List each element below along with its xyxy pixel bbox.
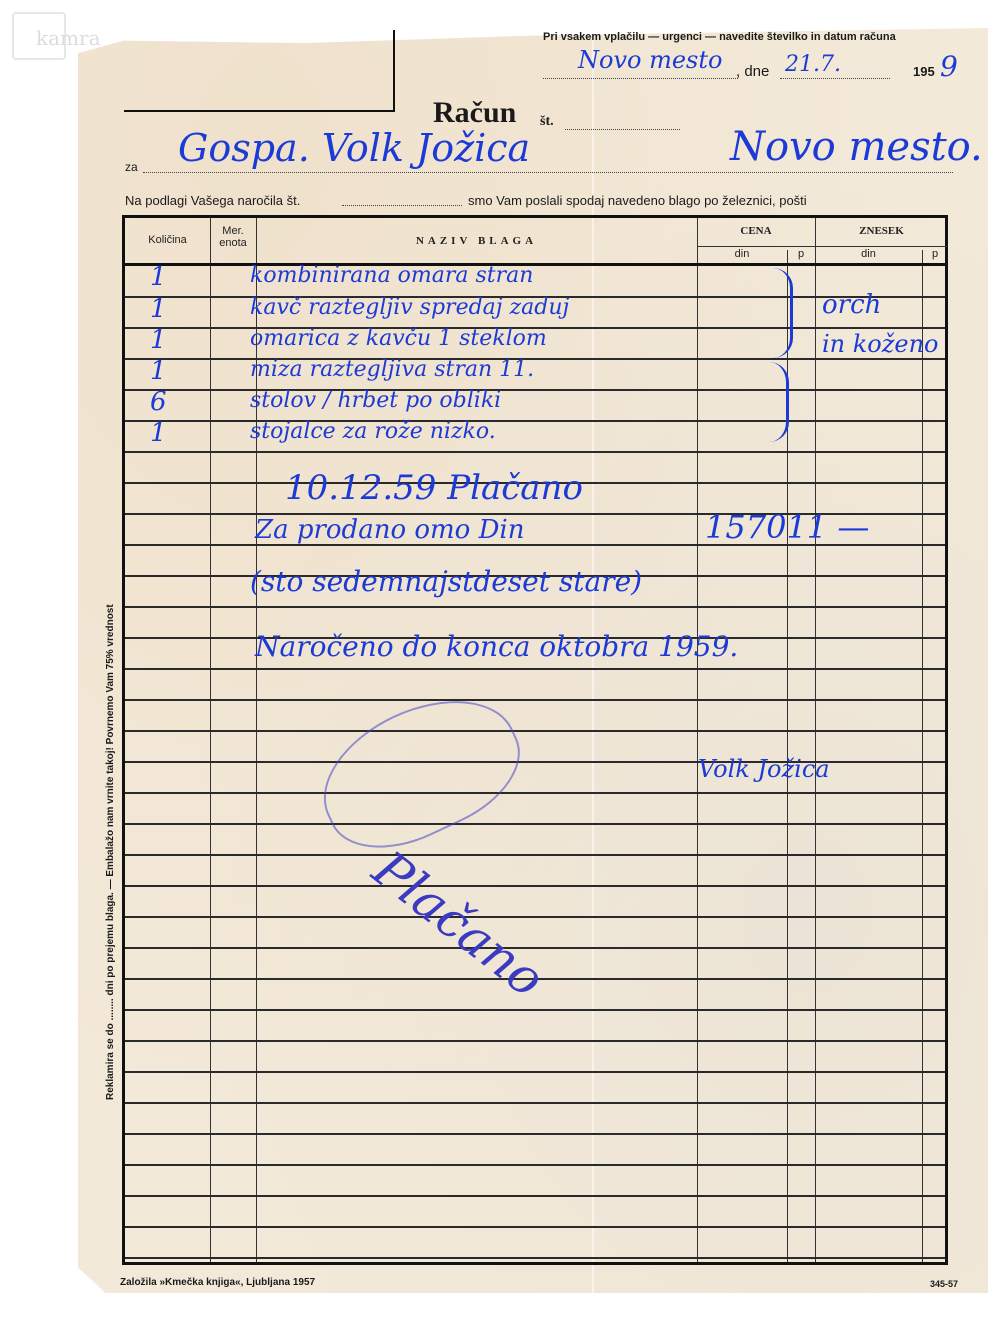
side-note-kozeno: in koženo xyxy=(822,330,939,358)
col-divider xyxy=(815,218,816,1262)
row-line xyxy=(125,668,945,670)
enota-label: enota xyxy=(210,237,256,249)
year-prefix: 195 xyxy=(913,64,935,79)
recipient-handwritten: Gospa. Volk Jožica xyxy=(178,126,530,170)
row-item: stojalce za rože nizko. xyxy=(250,419,496,444)
dne-label: , dne xyxy=(736,63,769,80)
col-header-kolicina: Količina xyxy=(125,234,210,246)
bracket-group-2 xyxy=(768,362,789,442)
watermark-logo: kamra xyxy=(12,12,66,60)
col-header-cena-din: din xyxy=(697,248,787,260)
row-line xyxy=(125,451,945,453)
total-words: (sto sedemnajstdeset stare) xyxy=(250,565,642,598)
publisher-text: Založila »Kmečka knjiga«, Ljubljana 1957 xyxy=(120,1277,315,1288)
col-divider xyxy=(922,250,923,1262)
date-handwritten: 21.7. xyxy=(785,52,841,77)
recipient-place-handwritten: Novo mesto. xyxy=(730,124,983,170)
date-field[interactable] xyxy=(780,78,890,79)
row-line xyxy=(125,420,945,422)
bracket-group-1 xyxy=(772,268,793,358)
row-qty: 1 xyxy=(150,294,167,324)
col-header-znesek-p: p xyxy=(922,248,948,260)
place-field[interactable] xyxy=(543,78,738,79)
postponed-note: Naročeno do konca oktobra 1959. xyxy=(255,630,738,663)
mer-label: Mer. xyxy=(210,225,256,237)
row-line xyxy=(125,1226,945,1228)
address-box-right xyxy=(393,30,395,112)
recipient-field[interactable] xyxy=(143,172,953,173)
header-subdivider xyxy=(697,246,948,247)
row-line xyxy=(125,1102,945,1104)
row-item: miza raztegljiva stran 11. xyxy=(250,357,534,382)
order-label: Na podlagi Vašega naročila št. xyxy=(125,193,300,208)
row-line xyxy=(125,1195,945,1197)
row-line xyxy=(125,699,945,701)
customer-signature: Volk Jožica xyxy=(698,755,830,783)
col-header-znesek: ZNESEK xyxy=(815,225,948,237)
order-suffix: smo Vam poslali spodaj navedeno blago po… xyxy=(468,193,807,208)
header-bottom-line xyxy=(125,263,945,266)
row-line xyxy=(125,885,945,887)
year-handwritten: 9 xyxy=(940,50,958,83)
row-line xyxy=(125,823,945,825)
total-amount: 157011 — xyxy=(705,508,869,546)
col-divider xyxy=(697,218,698,1262)
paid-note: 10.12.59 Plačano xyxy=(285,468,583,508)
row-line xyxy=(125,1164,945,1166)
col-divider xyxy=(210,218,211,1262)
row-line xyxy=(125,358,945,360)
address-box-bottom xyxy=(124,110,394,112)
row-line xyxy=(125,854,945,856)
side-note-orch: orch xyxy=(822,290,881,320)
row-line xyxy=(125,1133,945,1135)
side-complaint-text: Reklamira se do ........ dni po prejemu … xyxy=(105,240,116,1100)
col-header-cena-p: p xyxy=(787,248,815,260)
watermark-text: kamra xyxy=(36,26,101,50)
row-qty: 1 xyxy=(150,356,167,386)
row-line xyxy=(125,606,945,608)
row-line xyxy=(125,389,945,391)
col-header-mer-enota: Mer. enota xyxy=(210,225,256,249)
place-handwritten: Novo mesto xyxy=(578,46,722,74)
row-line xyxy=(125,916,945,918)
row-item: kombinirana omara stran xyxy=(250,263,533,288)
row-qty: 6 xyxy=(150,387,167,417)
order-number-field[interactable] xyxy=(342,205,462,206)
row-line xyxy=(125,1257,945,1259)
col-header-znesek-din: din xyxy=(815,248,922,260)
notice-text: Pri vsakem vplačilu — urgenci — navedite… xyxy=(543,31,896,43)
za-label: za xyxy=(125,160,138,174)
row-line xyxy=(125,1009,945,1011)
row-qty: 1 xyxy=(150,418,167,448)
invoice-title: Račun xyxy=(433,96,516,130)
row-item: stolov / hrbet po obliki xyxy=(250,388,501,413)
invoice-number-field[interactable] xyxy=(565,129,680,130)
row-line xyxy=(125,730,945,732)
row-qty: 1 xyxy=(150,262,167,292)
row-line xyxy=(125,792,945,794)
row-item: kavč raztegljiv spredaj zaduj xyxy=(250,295,569,320)
row-line xyxy=(125,1071,945,1073)
col-header-naziv: NAZIV BLAGA xyxy=(256,235,697,247)
row-line xyxy=(125,1040,945,1042)
total-note: Za prodano omo Din xyxy=(255,515,525,545)
form-code: 345-57 xyxy=(930,1279,958,1289)
items-table: Količina Mer. enota NAZIV BLAGA CENA ZNE… xyxy=(122,215,948,1265)
row-item: omarica z kavču 1 steklom xyxy=(250,326,547,351)
row-qty: 1 xyxy=(150,325,167,355)
st-label: št. xyxy=(540,114,554,130)
col-header-cena: CENA xyxy=(697,225,815,237)
